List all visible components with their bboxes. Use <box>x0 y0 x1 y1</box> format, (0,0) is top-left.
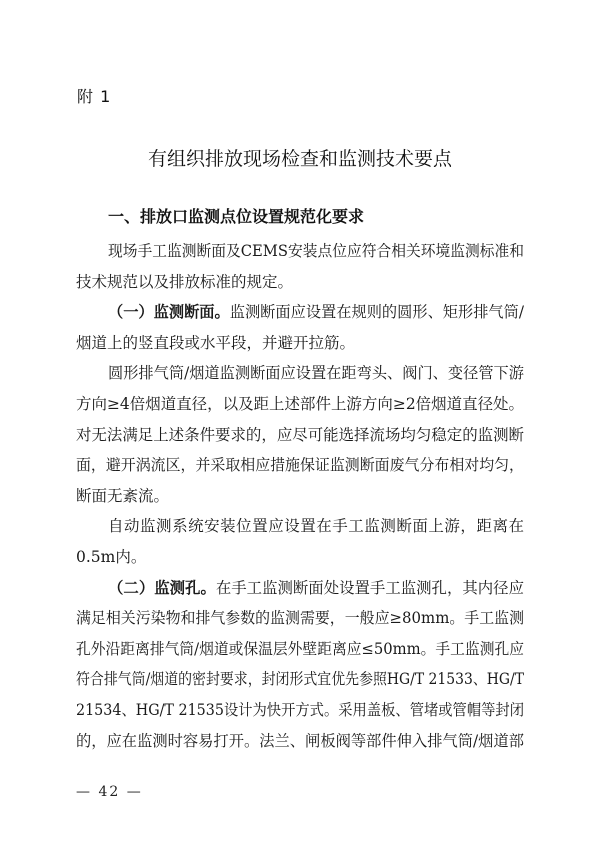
paragraph-line: 烟道上的竖直段或水平段，并避开拉筋。 <box>76 328 524 359</box>
paragraph-line: 的，应在监测时容易打开。法兰、闸板阀等部件伸入排气筒/烟道部 <box>76 726 524 757</box>
paragraph-line: 方向≥4倍烟道直径，以及距上述部件上游方向≥2倍烟道直径处。 <box>76 389 524 420</box>
subsection-heading: （二）监测孔。 <box>108 579 216 597</box>
subsection-heading: （一）监测断面。 <box>108 303 230 321</box>
paragraph-line: 符合排气筒/烟道的密封要求，封闭形式宜优先参照HG/T 21533、HG/T <box>76 664 524 695</box>
paragraph-line: （二）监测孔。在手工监测断面处设置手工监测孔，其内径应 <box>76 573 524 604</box>
paragraph-line: 0.5m内。 <box>76 542 524 573</box>
document-page: 附 1 有组织排放现场检查和监测技术要点 一、排放口监测点位设置规范化要求 现场… <box>0 0 600 848</box>
paragraph-line: 圆形排气筒/烟道监测断面应设置在距弯头、阀门、变径管下游 <box>76 358 524 389</box>
section-heading: 一、排放口监测点位设置规范化要求 <box>108 206 364 228</box>
paragraph-line: （一）监测断面。监测断面应设置在规则的圆形、矩形排气筒/ <box>76 297 524 328</box>
body-text: 现场手工监测断面及CEMS安装点位应符合相关环境监测标准和 技术规范以及排放标准… <box>76 236 524 756</box>
page-number: — 42 — <box>76 784 143 800</box>
paragraph-line: 技术规范以及排放标准的规定。 <box>76 267 524 298</box>
document-title: 有组织排放现场检查和监测技术要点 <box>0 146 600 172</box>
paragraph-line: 孔外沿距离排气筒/烟道或保温层外壁距离应≤50mm。手工监测孔应 <box>76 634 524 665</box>
paragraph-line: 断面无紊流。 <box>76 481 524 512</box>
paragraph-line: 现场手工监测断面及CEMS安装点位应符合相关环境监测标准和 <box>76 236 524 267</box>
appendix-label: 附 1 <box>77 86 111 108</box>
paragraph-line: 满足相关污染物和排气参数的监测需要，一般应≥80mm。手工监测 <box>76 603 524 634</box>
paragraph-line: 对无法满足上述条件要求的，应尽可能选择流场均匀稳定的监测断 <box>76 420 524 451</box>
paragraph-line: 21534、HG/T 21535设计为快开方式。采用盖板、管堵或管帽等封闭 <box>76 695 524 726</box>
paragraph-line: 面，避开涡流区，并采取相应措施保证监测断面废气分布相对均匀， <box>76 450 524 481</box>
paragraph-line: 自动监测系统安装位置应设置在手工监测断面上游，距离在 <box>76 511 524 542</box>
